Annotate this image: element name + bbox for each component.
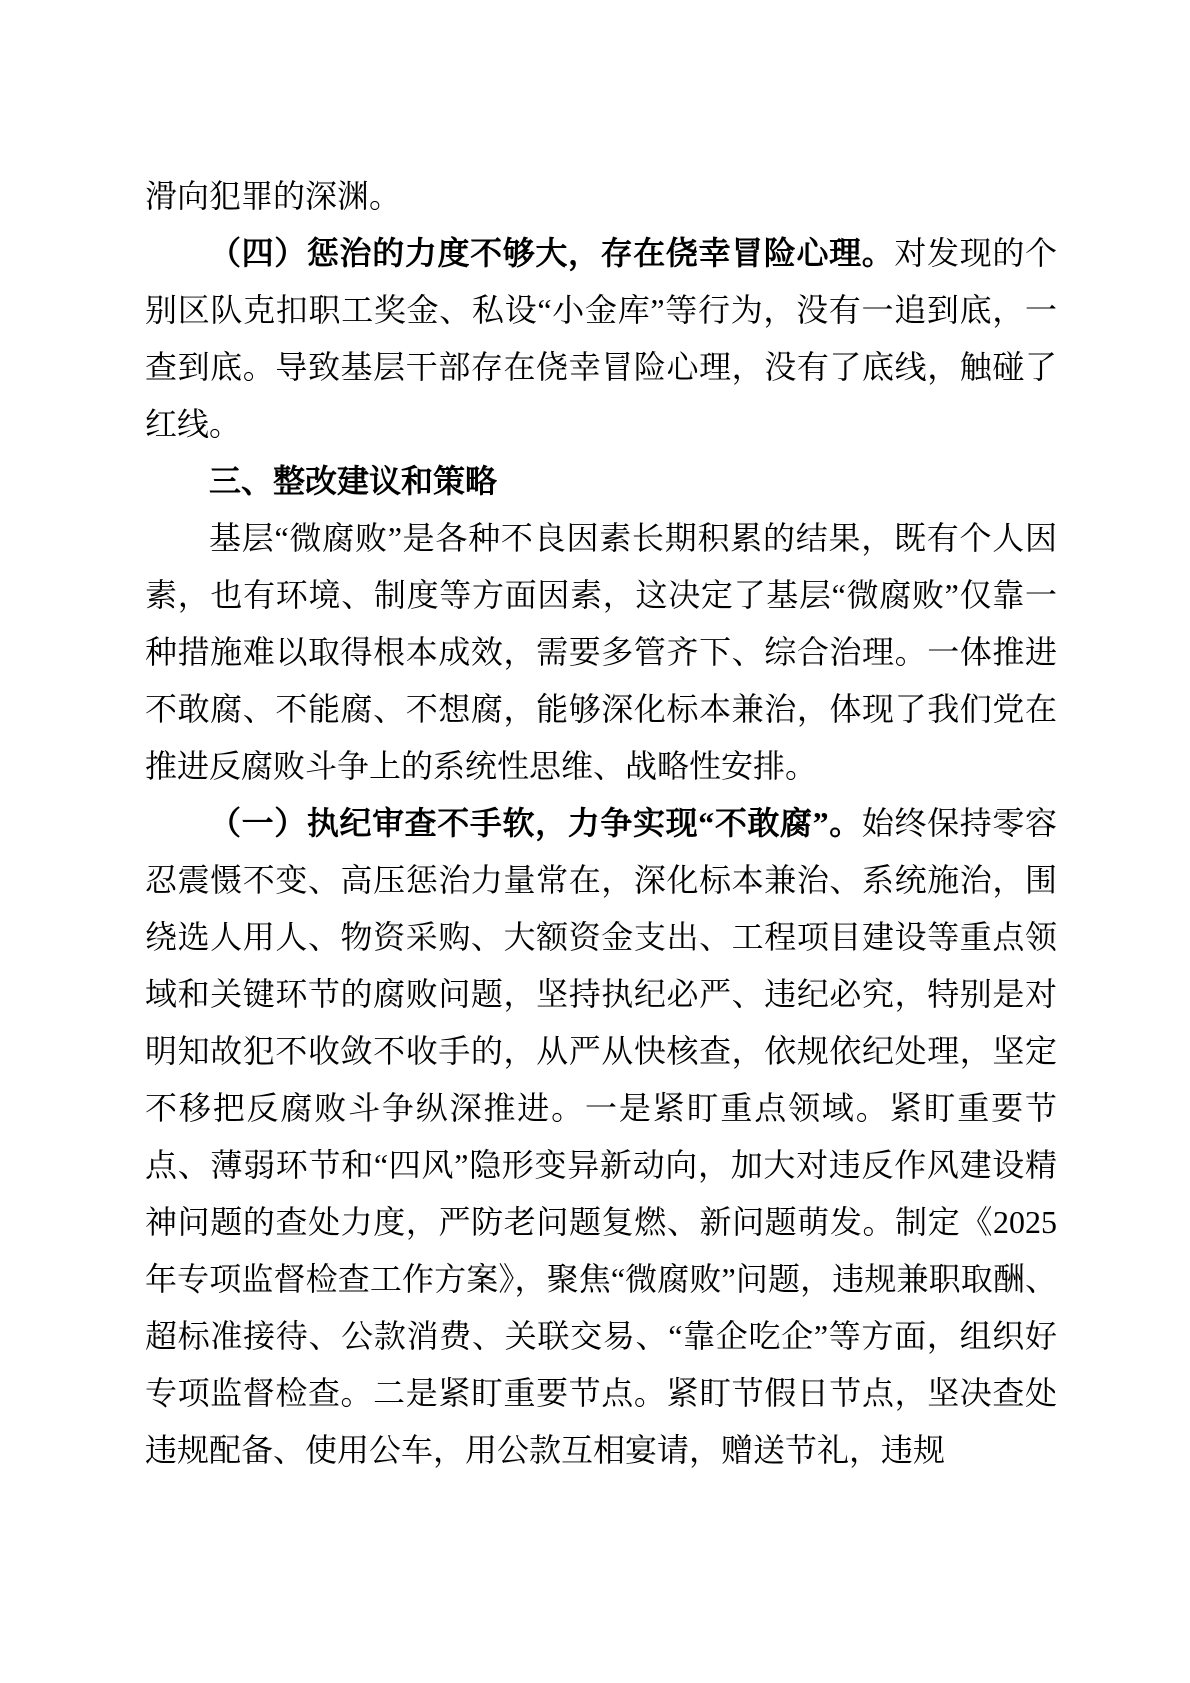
text-run: 基层“微腐败”是各种不良因素长期积累的结果，既有个人因素，也有环境、制度等方面因… xyxy=(145,520,1057,784)
document-page: 滑向犯罪的深渊。（四）惩治的力度不够大，存在侥幸冒险心理。对发现的个别区队克扣职… xyxy=(0,0,1190,1683)
document-body: 滑向犯罪的深渊。（四）惩治的力度不够大，存在侥幸冒险心理。对发现的个别区队克扣职… xyxy=(145,168,1057,1479)
text-run: 滑向犯罪的深渊。 xyxy=(145,178,401,214)
paragraph: （四）惩治的力度不够大，存在侥幸冒险心理。对发现的个别区队克扣职工奖金、私设“小… xyxy=(145,225,1057,453)
paragraph: 滑向犯罪的深渊。 xyxy=(145,168,1057,225)
text-run: 始终保持零容忍震慑不变、高压惩治力量常在，深化标本兼治、系统施治，围绕选人用人、… xyxy=(145,805,1057,1468)
paragraph: （一）执纪审查不手软，力争实现“不敢腐”。始终保持零容忍震慑不变、高压惩治力量常… xyxy=(145,795,1057,1479)
text-run: 三、整改建议和策略 xyxy=(209,463,497,499)
text-run: （四）惩治的力度不够大，存在侥幸冒险心理。 xyxy=(209,235,894,271)
paragraph: 基层“微腐败”是各种不良因素长期积累的结果，既有个人因素，也有环境、制度等方面因… xyxy=(145,510,1057,795)
section-heading: 三、整改建议和策略 xyxy=(145,453,1057,510)
text-run: （一）执纪审查不手软，力争实现“不敢腐”。 xyxy=(209,805,862,841)
